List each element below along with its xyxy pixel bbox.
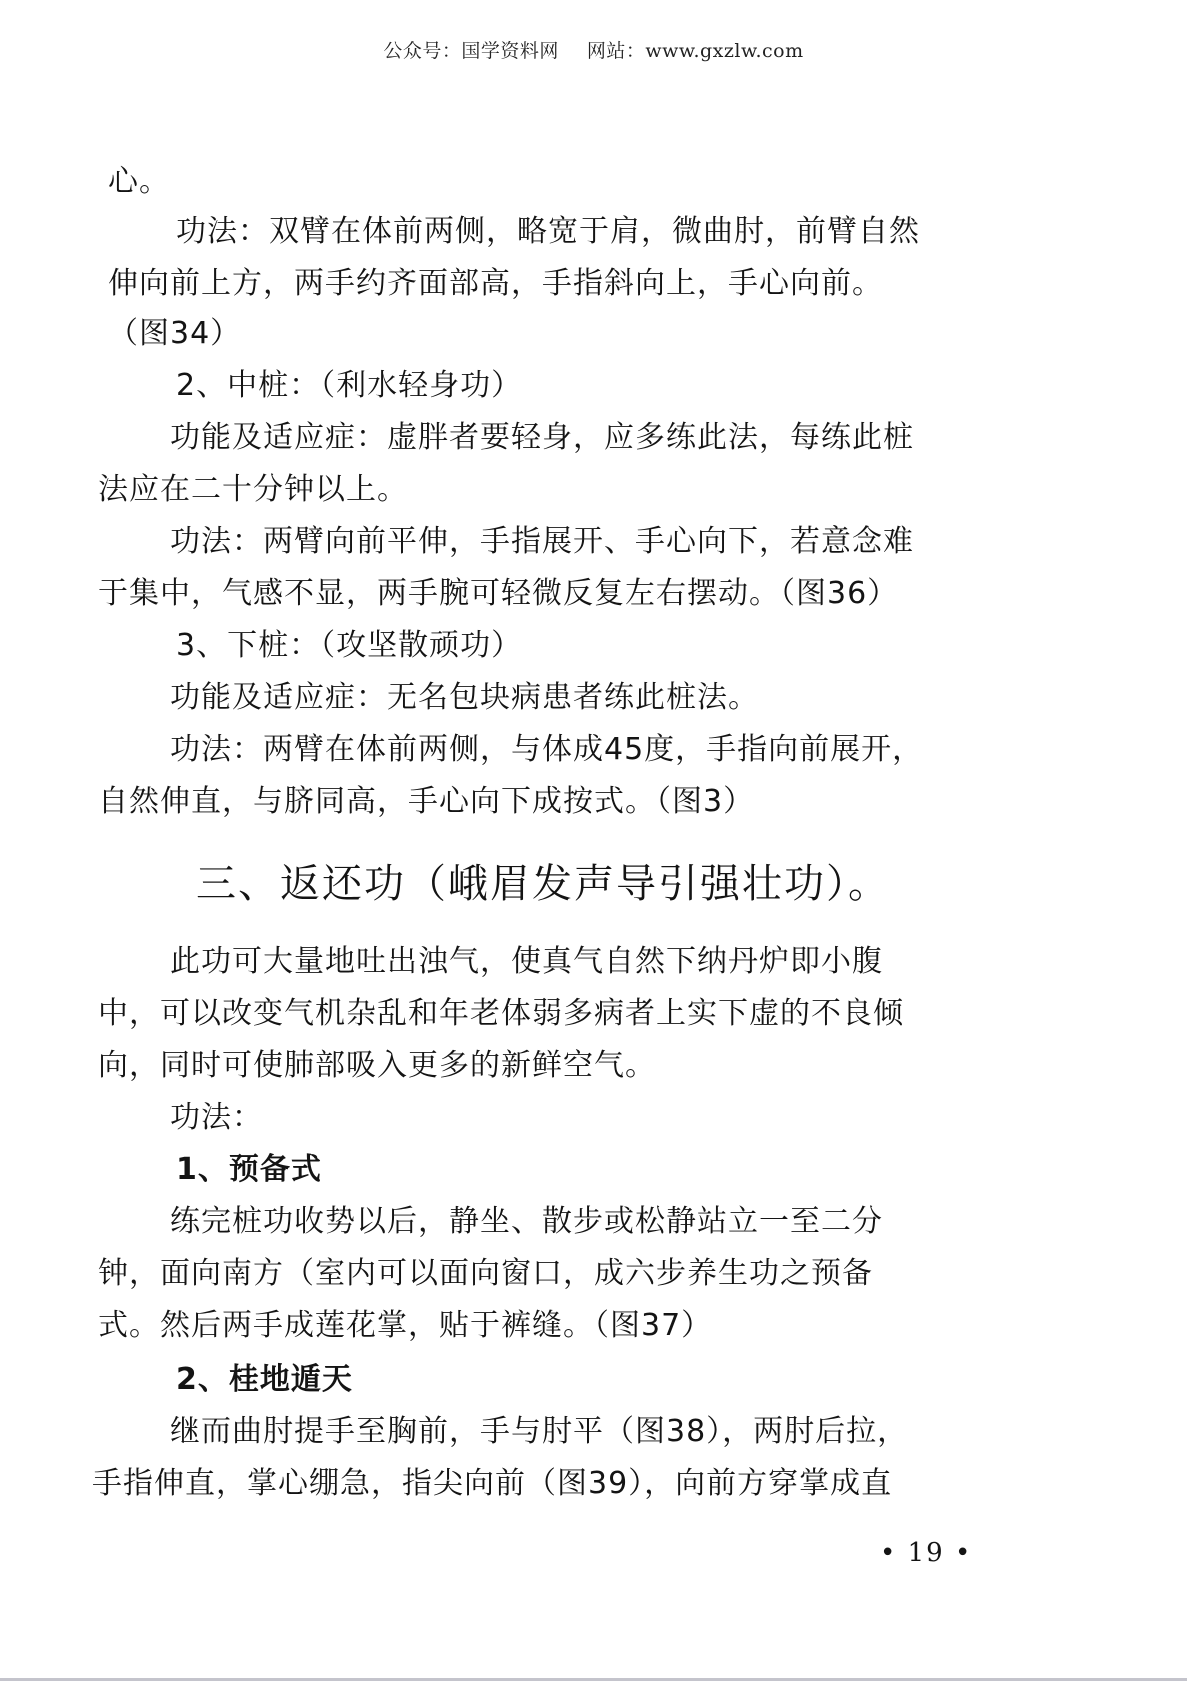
text-line: 继而曲肘提手至胸前，手与肘平（图38），两肘后拉， xyxy=(170,1412,908,1452)
text-line: 钟，面向南方（室内可以面向窗口，成六步养生功之预备 xyxy=(98,1254,873,1294)
text-line: （图34） xyxy=(108,314,241,354)
item-heading: 3、下桩：（攻坚散顽功） xyxy=(176,626,522,666)
text-line: 伸向前上方，两手约齐面部高，手指斜向上，手心向前。 xyxy=(108,264,883,304)
text-line: 式。然后两手成莲花掌，贴于裤缝。（图37） xyxy=(98,1306,712,1346)
page-header-watermark: 公众号：国学资料网网站：www.gxzlw.com xyxy=(0,36,1187,63)
text-line: 功能及适应症：无名包块病患者练此桩法。 xyxy=(170,678,759,718)
section-heading: 三、返还功（峨眉发声导引强壮功）。 xyxy=(196,858,890,910)
text-line: 功法：两臂在体前两侧，与体成45度，手指向前展开， xyxy=(170,730,923,770)
text-line: 法应在二十分钟以上。 xyxy=(98,470,408,510)
text-line: 自然伸直，与脐同高，手心向下成按式。（图3） xyxy=(98,782,754,822)
text-line: 功法：双臂在体前两侧，略宽于肩，微曲肘，前臂自然 xyxy=(176,212,920,252)
text-line: 功能及适应症：虚胖者要轻身，应多练此法，每练此桩 xyxy=(170,418,914,458)
account-label: 公众号：国学资料网 xyxy=(383,40,559,62)
site-label: 网站：www.gxzlw.com xyxy=(587,40,804,62)
item-heading: 2、中桩：（利水轻身功） xyxy=(176,366,522,406)
subheading: 1、预备式 xyxy=(176,1150,322,1190)
text-line: 于集中，气感不显，两手腕可轻微反复左右摆动。（图36） xyxy=(98,574,898,614)
text-line: 练完桩功收势以后，静坐、散步或松静站立一至二分 xyxy=(170,1202,883,1242)
text-line: 心。 xyxy=(108,162,170,202)
page-number: • 19 • xyxy=(880,1538,972,1568)
subheading: 2、桂地遁天 xyxy=(176,1360,353,1400)
text-line: 此功可大量地吐出浊气，使真气自然下纳丹炉即小腹 xyxy=(170,942,883,982)
text-line: 功法： xyxy=(170,1098,263,1138)
text-line: 中，可以改变气机杂乱和年老体弱多病者上实下虚的不良倾 xyxy=(98,994,904,1034)
text-line: 功法：两臂向前平伸，手指展开、手心向下，若意念难 xyxy=(170,522,914,562)
text-line: 向，同时可使肺部吸入更多的新鲜空气。 xyxy=(98,1046,656,1086)
text-line: 手指伸直，掌心绷急，指尖向前（图39），向前方穿掌成直 xyxy=(92,1464,892,1504)
